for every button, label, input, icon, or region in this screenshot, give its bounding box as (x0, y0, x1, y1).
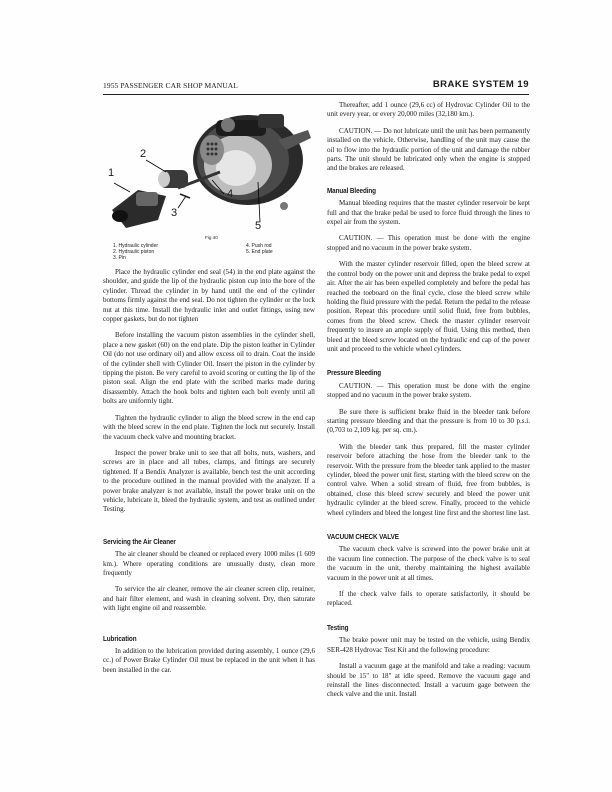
callout-2: 2 (140, 148, 146, 160)
paragraph: With the bleeder tank thus prepared, fil… (327, 443, 530, 518)
paragraph: Tighten the hydraulic cylinder to align … (103, 414, 315, 442)
section-heading-lubrication: Lubrication (103, 634, 290, 643)
paragraph: Inspect the power brake unit to see that… (103, 449, 315, 515)
section-heading-manual-bleeding: Manual Bleeding (327, 186, 506, 195)
paragraph: In addition to the lubrication provided … (103, 647, 315, 675)
manual-page: 1955 PASSENGER CAR SHOP MANUAL BRAKE SYS… (0, 0, 612, 792)
paragraph: If the check valve fails to operate sati… (327, 590, 530, 609)
paragraph: The brake power unit may be tested on th… (327, 636, 530, 655)
paragraph: The air cleaner should be cleaned or rep… (103, 550, 315, 578)
page-header: 1955 PASSENGER CAR SHOP MANUAL BRAKE SYS… (103, 80, 529, 95)
left-column: Place the hydraulic cylinder end seal (5… (103, 268, 315, 682)
paragraph: The vacuum check valve is screwed into t… (327, 545, 530, 583)
section-heading-testing: Testing (327, 623, 506, 632)
section-heading-pressure-bleeding: Pressure Bleeding (327, 368, 506, 377)
figure-caption: Fig 40 (205, 235, 218, 240)
paragraph: Before installing the vacuum piston asse… (103, 331, 315, 406)
paragraph: Be sure there is sufficient brake fluid … (327, 408, 530, 436)
paragraph: With the master cylinder reservoir fille… (327, 260, 530, 354)
paragraph: Place the hydraulic cylinder end seal (5… (103, 268, 315, 324)
paragraph: To service the air cleaner, remove the a… (103, 585, 315, 613)
callout-5: 5 (255, 220, 261, 232)
callout-3: 3 (171, 207, 177, 219)
callout-1: 1 (108, 167, 114, 179)
caution-paragraph: CAUTION. — Do not lubricate until the un… (327, 127, 530, 174)
legend-item: 3. Pin (113, 255, 126, 261)
hydrovac-exploded-view-icon (108, 110, 313, 235)
paragraph: Install a vacuum gage at the manifold an… (327, 662, 530, 700)
callout-4: 4 (227, 188, 233, 200)
section-heading-air-cleaner: Servicing the Air Cleaner (103, 537, 290, 546)
paragraph: Manual bleeding requires that the master… (327, 199, 530, 227)
caution-paragraph: CAUTION. — This operation must be done w… (327, 234, 530, 253)
legend-item: 5. End plate (246, 249, 273, 255)
manual-title: 1955 PASSENGER CAR SHOP MANUAL (103, 81, 238, 90)
section-page-number: BRAKE SYSTEM 19 (433, 79, 529, 90)
paragraph: Thereafter, add 1 ounce (29,6 cc) of Hyd… (327, 101, 530, 120)
caution-paragraph: CAUTION. — This operation must be done w… (327, 382, 530, 401)
section-heading-vacuum-check-valve: VACUUM CHECK VALVE (327, 532, 506, 541)
right-column: Thereafter, add 1 ounce (29,6 cc) of Hyd… (327, 101, 530, 707)
